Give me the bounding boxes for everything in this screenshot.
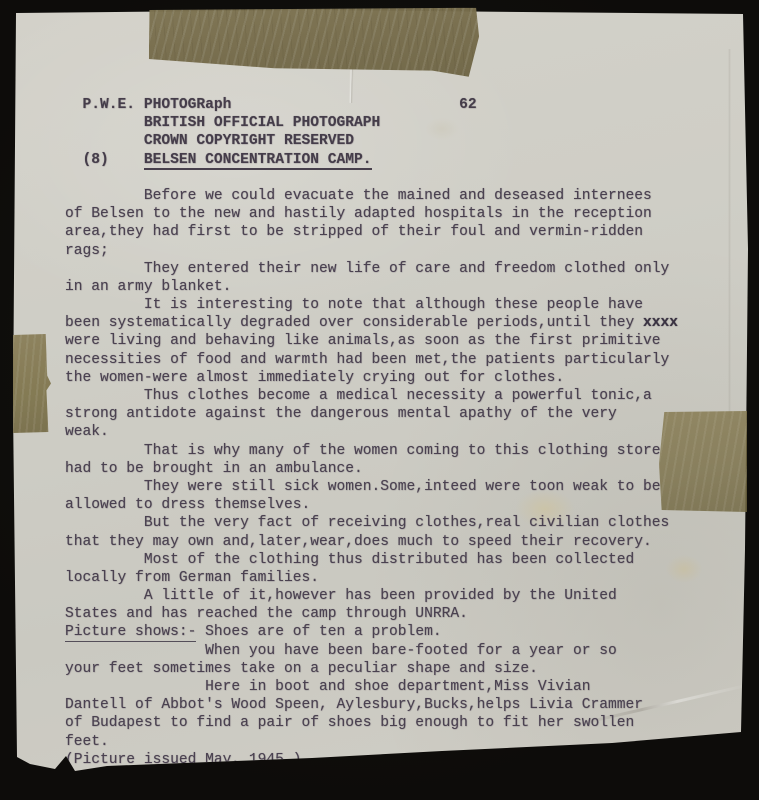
typed-text: had to be brought in an ambulance.	[65, 461, 363, 477]
typed-line: in an army blanket.	[65, 278, 678, 296]
typed-text: area,they had first to be stripped of th…	[65, 224, 643, 240]
typed-text: P.W.E. PHOTOGRaph 62	[65, 97, 477, 113]
typed-line: They were still sick women.Some,inteed w…	[65, 478, 678, 496]
typed-line: But the very fact of receiving clothes,r…	[65, 514, 678, 532]
typed-text: Dantell of Abbot's Wood Speen, Aylesbury…	[65, 697, 643, 713]
typed-line: They entered their new life of care and …	[65, 260, 678, 278]
typed-line: allowed to dress themselves.	[65, 496, 678, 514]
typed-text: Most of the clothing thus distributed ha…	[65, 552, 634, 568]
typed-text: A little of it,however has been provided…	[65, 588, 617, 604]
typed-line: Dantell of Abbot's Wood Speen, Aylesbury…	[65, 696, 678, 714]
typed-text: locally from German families.	[65, 570, 319, 586]
photo-background: P.W.E. PHOTOGRaph 62 BRITISH OFFICIAL PH…	[0, 0, 759, 800]
paper-crease	[728, 49, 731, 419]
typed-line: A little of it,however has been provided…	[65, 587, 678, 605]
typed-line: area,they had first to be stripped of th…	[65, 223, 678, 241]
typed-text: CROWN COPYRIGHT RESERVED	[65, 133, 354, 149]
typed-text: in an army blanket.	[65, 279, 231, 295]
typed-text: Shoes are of ten a problem.	[196, 624, 441, 640]
typed-line: That is why many of the women coming to …	[65, 442, 678, 460]
typed-text: weak.	[65, 424, 109, 440]
typed-line: rags;	[65, 242, 678, 260]
typed-text: Thus clothes become a medical necessity …	[65, 388, 652, 404]
typed-line: (8) BELSEN CONCENTRATION CAMP.	[65, 151, 678, 169]
typed-text: States and has reached the camp through …	[65, 606, 468, 622]
typed-text: They entered their new life of care and …	[65, 261, 669, 277]
typed-text: of Budapest to find a pair of shoes big …	[65, 715, 634, 731]
typed-xover-text: xxxx	[643, 315, 678, 331]
typed-line: BRITISH OFFICIAL PHOTOGRAPH	[65, 114, 678, 132]
typed-text: They were still sick women.Some,inteed w…	[65, 479, 661, 495]
typed-text: When you have been bare-footed for a yea…	[65, 643, 617, 659]
typed-line: Picture shows:- Shoes are of ten a probl…	[65, 623, 678, 641]
typed-text: strong antidote against the dangerous me…	[65, 406, 617, 422]
typed-line: had to be brought in an ambulance.	[65, 460, 678, 478]
typed-text: But the very fact of receiving clothes,r…	[65, 515, 669, 531]
typed-line: States and has reached the camp through …	[65, 605, 678, 623]
typed-line: weak.	[65, 423, 678, 441]
typed-text: been systematically degraded over consid…	[65, 315, 643, 331]
typed-line: strong antidote against the dangerous me…	[65, 405, 678, 423]
typed-line: Before we could evacuate the mained and …	[65, 187, 678, 205]
typed-line: Most of the clothing thus distributed ha…	[65, 551, 678, 569]
typed-line: been systematically degraded over consid…	[65, 314, 678, 332]
typed-text: Here in boot and shoe department,Miss Vi…	[65, 679, 590, 695]
typed-text: allowed to dress themselves.	[65, 497, 310, 513]
typed-line: When you have been bare-footed for a yea…	[65, 642, 678, 660]
typed-text: the women-were almost immediately crying…	[65, 370, 564, 386]
typed-text: Before we could evacuate the mained and …	[65, 188, 652, 204]
typed-line: locally from German families.	[65, 569, 678, 587]
typed-line: P.W.E. PHOTOGRaph 62	[65, 96, 678, 114]
typed-text: your feet sometimes take on a peculiar s…	[65, 661, 538, 677]
typed-line: It is interesting to note that although …	[65, 296, 678, 314]
typed-text: were living and behaving like animals,as…	[65, 333, 661, 349]
typed-line: of Belsen to the new and hastily adapted…	[65, 205, 678, 223]
typed-text: BRITISH OFFICIAL PHOTOGRAPH	[65, 115, 380, 131]
tape-strip-right	[659, 411, 747, 512]
typed-line: Thus clothes become a medical necessity …	[65, 387, 678, 405]
typed-text: of Belsen to the new and hastily adapted…	[65, 206, 652, 222]
typed-line: Here in boot and shoe department,Miss Vi…	[65, 678, 678, 696]
typed-text: rags;	[65, 243, 109, 259]
paper-sheet: P.W.E. PHOTOGRaph 62 BRITISH OFFICIAL PH…	[12, 9, 749, 772]
typed-line: your feet sometimes take on a peculiar s…	[65, 660, 678, 678]
typed-line: CROWN COPYRIGHT RESERVED	[65, 132, 678, 150]
typed-line: (Picture issued May, 1945.).	[65, 751, 678, 769]
typed-text: It is interesting to note that although …	[65, 297, 643, 313]
typed-line: of Budapest to find a pair of shoes big …	[65, 714, 678, 732]
typed-line: feet.	[65, 733, 678, 751]
tape-strip-left	[13, 334, 51, 433]
typed-line: were living and behaving like animals,as…	[65, 332, 678, 350]
typed-line	[65, 169, 678, 187]
typed-lines: P.W.E. PHOTOGRaph 62 BRITISH OFFICIAL PH…	[65, 96, 678, 769]
typed-text: necessities of food and warmth had been …	[65, 352, 669, 368]
typed-line: that they may own and,later,wear,does mu…	[65, 533, 678, 551]
typed-u-text: Picture shows:-	[65, 624, 196, 642]
typed-text: (8)	[65, 152, 144, 168]
typed-text: feet.	[65, 734, 109, 750]
typed-line: the women-were almost immediately crying…	[65, 369, 678, 387]
typed-text: That is why many of the women coming to …	[65, 443, 661, 459]
typed-text: (Picture issued May, 1945.).	[65, 752, 310, 768]
typed-u-text: BELSEN CONCENTRATION CAMP.	[144, 152, 372, 171]
typed-line: necessities of food and warmth had been …	[65, 351, 678, 369]
typed-text: that they may own and,later,wear,does mu…	[65, 534, 652, 550]
